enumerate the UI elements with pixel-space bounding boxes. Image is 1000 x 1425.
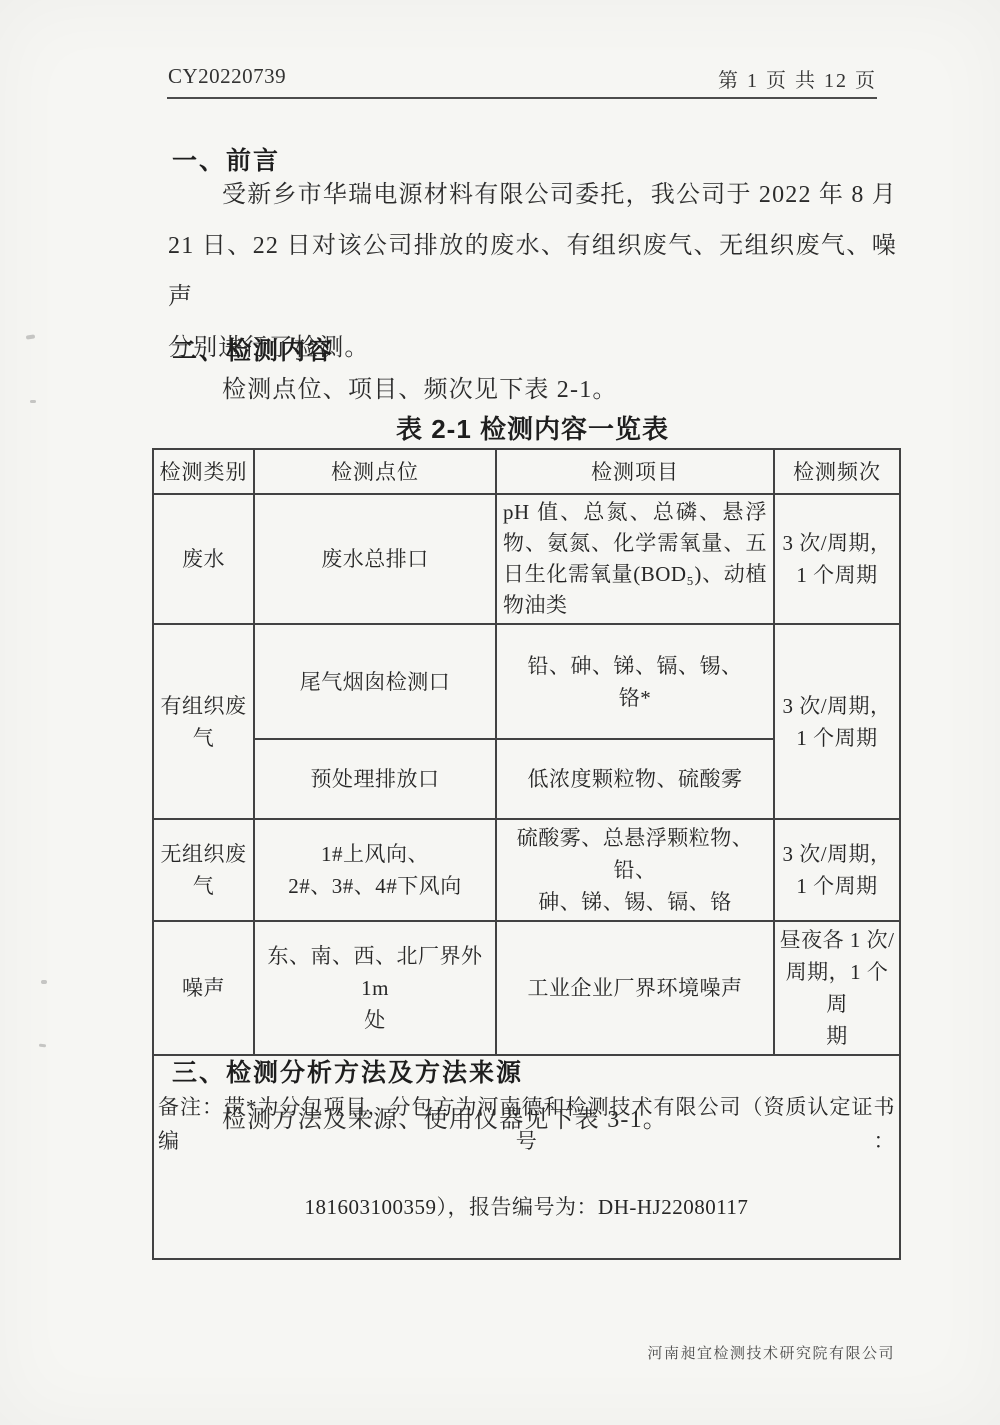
content-intro: 检测点位、项目、频次见下表 2-1。 [222, 369, 618, 404]
col-header-point: 检测点位 [254, 449, 496, 494]
table-title: 表 2-1 检测内容一览表 [168, 409, 897, 446]
col-header-category: 检测类别 [153, 449, 254, 494]
cell-items: 低浓度颗粒物、硫酸雾 [496, 739, 774, 819]
section-heading-method: 三、检测分析方法及方法来源 [172, 1053, 523, 1089]
table-header-row: 检测类别 检测点位 检测项目 检测频次 [153, 449, 900, 494]
col-header-frequency: 检测频次 [774, 449, 900, 494]
cell-point: 东、南、西、北厂界外 1m 处 [254, 921, 496, 1055]
cell-category: 废水 [153, 494, 254, 624]
paragraph-line: 受新乡市华瑞电源材料有限公司委托，我公司于 2022 年 8 月 [168, 170, 897, 221]
cell-frequency: 3 次/周期， 1 个周期 [774, 819, 900, 921]
table-row-noise: 噪声 东、南、西、北厂界外 1m 处 工业企业厂界环境噪声 昼夜各 1 次/ 周… [153, 921, 900, 1055]
cell-point: 尾气烟囱检测口 [254, 624, 496, 739]
cell-items: 铅、砷、锑、镉、锡、 铬* [496, 624, 774, 739]
cell-category: 噪声 [153, 921, 254, 1055]
monitoring-content-table: 检测类别 检测点位 检测项目 检测频次 废水 废水总排口 pH 值、总氮、总磷、… [152, 448, 901, 1260]
scan-speckle [26, 334, 35, 339]
page-indicator: 第 1 页 共 12 页 [718, 64, 877, 93]
cell-items: pH 值、总氮、总磷、悬浮物、氨氮、化学需氧量、五日生化需氧量(BOD₅)、动植… [496, 494, 774, 624]
scanned-report-page: CY20220739 第 1 页 共 12 页 一、前言 受新乡市华瑞电源材料有… [0, 0, 1000, 1425]
report-number: CY20220739 [168, 64, 286, 89]
table-row-unorganized-gas: 无组织废 气 1#上风向、 2#、3#、4#下风向 硫酸雾、总悬浮颗粒物、铅、 … [153, 819, 900, 921]
cell-frequency: 昼夜各 1 次/ 周期，1 个周 期 [774, 921, 900, 1055]
cell-point: 废水总排口 [254, 494, 496, 624]
cell-items: 硫酸雾、总悬浮颗粒物、铅、 砷、锑、锡、镉、铬 [496, 819, 774, 921]
cell-point: 1#上风向、 2#、3#、4#下风向 [254, 819, 496, 921]
scan-speckle [30, 400, 36, 403]
note-line-2: 181603100359），报告编号为：DH-HJ22080117 [158, 1190, 895, 1224]
scan-speckle [41, 980, 47, 984]
cell-category: 有组织废 气 [153, 624, 254, 819]
paragraph-line: 21 日、22 日对该公司排放的废水、有组织废气、无组织废气、噪声 [168, 221, 897, 323]
method-intro: 检测方法及来源、使用仪器见下表 3-1。 [222, 1099, 668, 1134]
cell-frequency: 3 次/周期， 1 个周期 [774, 624, 900, 819]
scan-speckle [39, 1044, 46, 1048]
header-rule [167, 97, 877, 99]
table-row-organized-gas-1: 有组织废 气 尾气烟囱检测口 铅、砷、锑、镉、锡、 铬* 3 次/周期， 1 个… [153, 624, 900, 739]
col-header-items: 检测项目 [496, 449, 774, 494]
table-row-wastewater: 废水 废水总排口 pH 值、总氮、总磷、悬浮物、氨氮、化学需氧量、五日生化需氧量… [153, 494, 900, 624]
company-footer: 河南昶宜检测技术研究院有限公司 [647, 1342, 895, 1363]
cell-frequency: 3 次/周期， 1 个周期 [774, 494, 900, 624]
cell-category: 无组织废 气 [153, 819, 254, 921]
cell-items: 工业企业厂界环境噪声 [496, 921, 774, 1055]
cell-point: 预处理排放口 [254, 739, 496, 819]
section-heading-content: 二、检测内容 [172, 331, 334, 367]
